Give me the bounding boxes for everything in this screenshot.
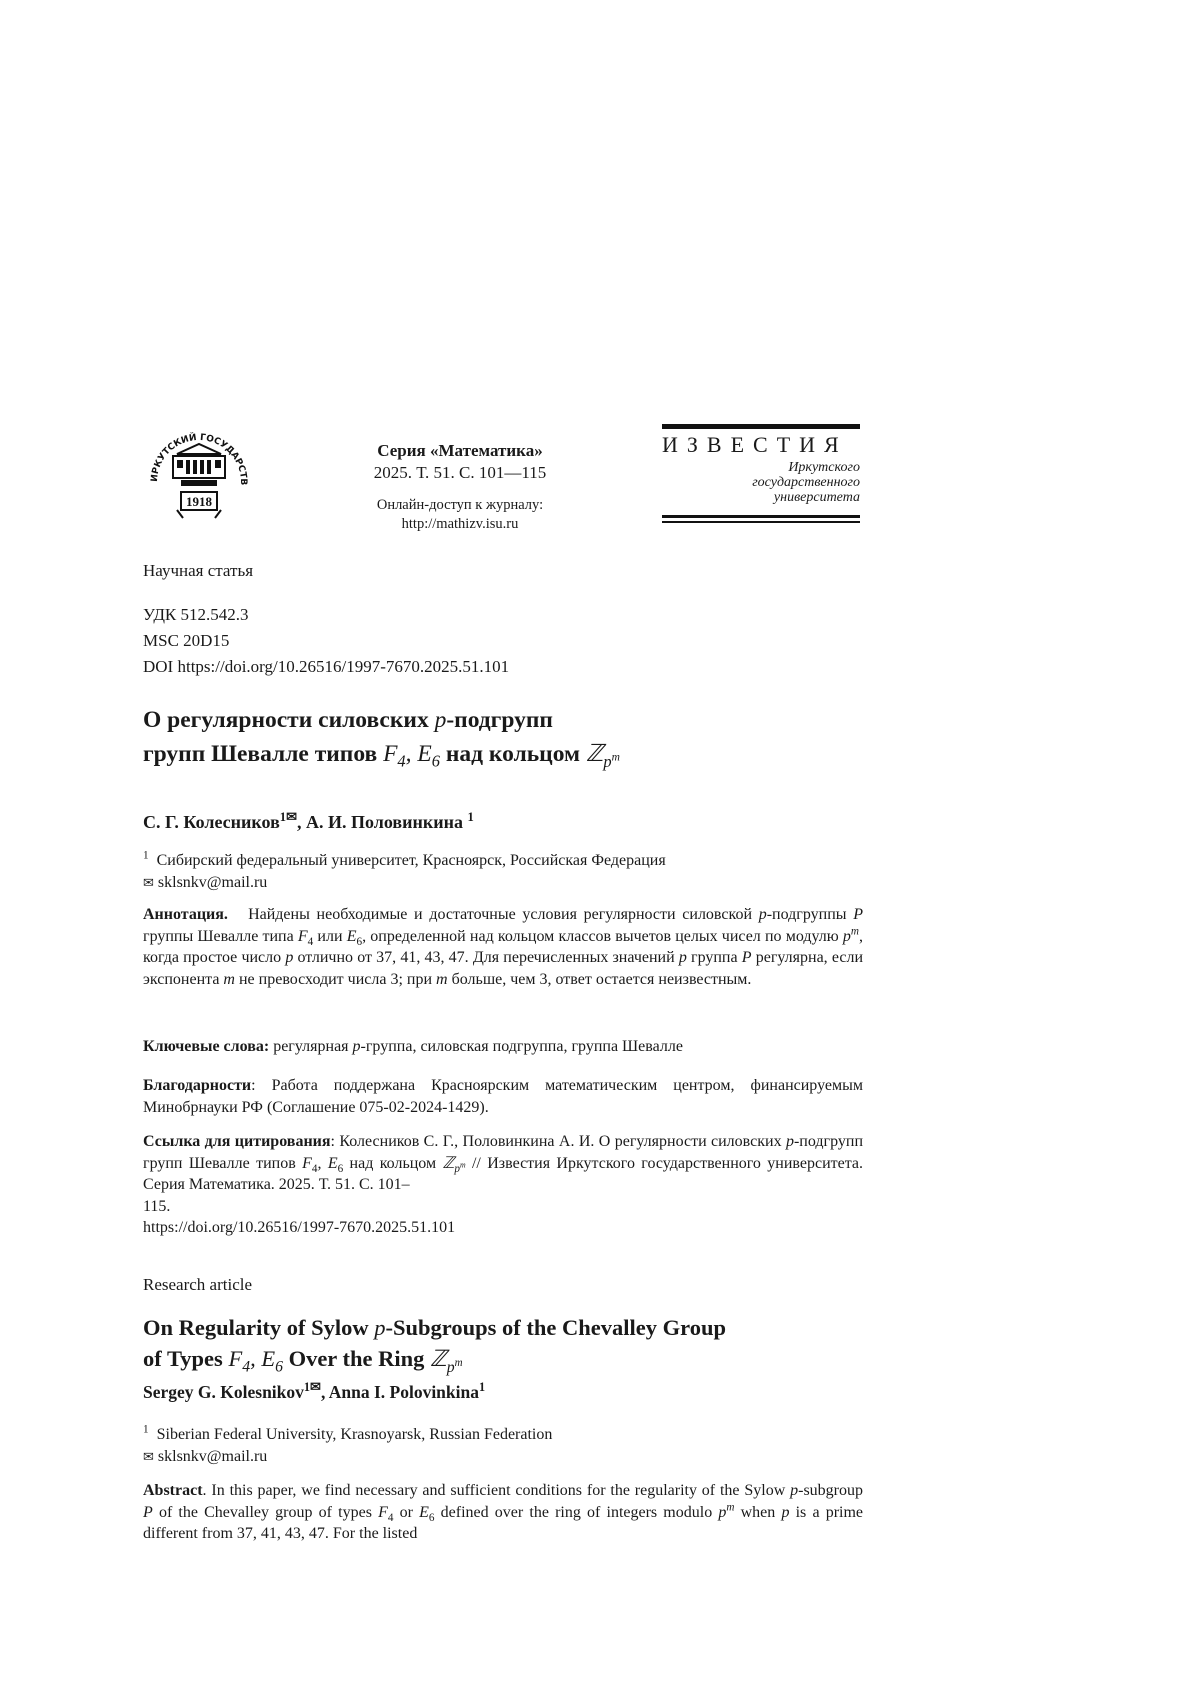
affiliation-num: 1	[143, 1424, 149, 1436]
journal-subtitle: Иркутского государственного университета	[662, 460, 860, 505]
author-name: С. Г. Колесников	[143, 812, 280, 832]
abstract-ru: Аннотация. Найдены необходимые и достато…	[143, 904, 863, 990]
document-page: ИРКУТСКИЙ ГОСУДАРСТВЕННЫЙ УНИВЕРСИТЕТ 19…	[0, 0, 1200, 1698]
abstract-text: In this paper, we find necessary and suf…	[143, 1482, 863, 1542]
journal-subtitle-line: университета	[662, 490, 860, 505]
series-info: Серия «Математика» 2025. Т. 51. С. 101—1…	[330, 440, 590, 534]
envelope-icon: ✉	[143, 875, 154, 890]
masthead-rule	[662, 515, 860, 518]
journal-title: ИЗВЕСТИЯ	[662, 432, 860, 458]
author-name: Anna I. Polovinkina	[329, 1382, 479, 1402]
keywords-ru: Ключевые слова: регулярная p-группа, сил…	[143, 1036, 863, 1058]
abstract-label: Аннотация.	[143, 906, 228, 923]
affiliation-text: Сибирский федеральный университет, Красн…	[157, 852, 666, 869]
affiliation-ru: 1 Сибирский федеральный университет, Кра…	[143, 850, 863, 893]
keywords-label: Ключевые слова:	[143, 1038, 269, 1055]
ack-text: Работа поддержана Красноярским математич…	[143, 1077, 863, 1116]
citation-ru: Ссылка для цитирования: Колесников С. Г.…	[143, 1131, 863, 1239]
online-access-label: Онлайн-доступ к журналу:	[330, 496, 590, 515]
envelope-icon: ✉	[143, 1449, 154, 1464]
title-text: -подгрупп	[446, 707, 553, 733]
title-ru: О регулярности силовских p-подгрупп груп…	[143, 703, 863, 771]
abstract-en: Abstract. In this paper, we find necessa…	[143, 1480, 863, 1545]
acknowledgements-ru: Благодарности: Работа поддержана Красноя…	[143, 1075, 863, 1118]
author-sup: 1	[479, 1380, 485, 1394]
article-type-ru: Научная статья	[143, 558, 863, 584]
abstract-label: Abstract	[143, 1482, 203, 1499]
email-link[interactable]: sklsnkv@mail.ru	[158, 874, 267, 891]
envelope-icon: ✉	[286, 809, 297, 824]
msc: MSC 20D15	[143, 628, 863, 654]
abstract-text: Найдены необходимые и достаточные услови…	[143, 906, 863, 988]
title-text: над кольцом	[440, 741, 586, 767]
affiliation-en: 1 Siberian Federal University, Krasnoyar…	[143, 1424, 863, 1467]
author-sup: 1	[468, 810, 474, 824]
article-type-en: Research article	[143, 1272, 863, 1298]
udk: УДК 512.542.3	[143, 602, 863, 628]
keywords-text: регулярная p-группа, силовская подгруппа…	[273, 1038, 683, 1055]
ack-label: Благодарности	[143, 1077, 251, 1094]
envelope-icon: ✉	[310, 1379, 321, 1394]
cite-label: Ссылка для цитирования	[143, 1133, 331, 1150]
title-text: групп Шевалле типов	[143, 741, 383, 767]
email-link[interactable]: sklsnkv@mail.ru	[158, 1448, 267, 1465]
author-name: А. И. Половинкина	[306, 812, 463, 832]
series-issue: 2025. Т. 51. С. 101—115	[330, 462, 590, 484]
online-access-link[interactable]: http://mathizv.isu.ru	[330, 515, 590, 534]
title-text: О регулярности силовских	[143, 707, 435, 733]
affiliation-num: 1	[143, 850, 149, 862]
math-p: p	[435, 707, 447, 733]
journal-masthead: ИЗВЕСТИЯ Иркутского государственного уни…	[662, 424, 860, 523]
affiliation-text: Siberian Federal University, Krasnoyarsk…	[157, 1426, 553, 1443]
journal-subtitle-line: Иркутского	[662, 460, 860, 475]
author-name: Sergey G. Kolesnikov	[143, 1382, 304, 1402]
doi[interactable]: DOI https://doi.org/10.26516/1997-7670.2…	[143, 654, 863, 680]
journal-subtitle-line: государственного	[662, 475, 860, 490]
title-en: On Regularity of Sylow p-Subgroups of th…	[143, 1312, 863, 1374]
masthead-rule	[662, 424, 860, 429]
masthead-rule	[662, 521, 860, 523]
cite-doi-link[interactable]: https://doi.org/10.26516/1997-7670.2025.…	[143, 1217, 863, 1239]
university-seal-icon: ИРКУТСКИЙ ГОСУДАРСТВЕННЫЙ УНИВЕРСИТЕТ 19…	[143, 420, 255, 534]
series-name: Серия «Математика»	[330, 440, 590, 462]
authors-ru: С. Г. Колесников1✉, А. И. Половинкина 1	[143, 812, 863, 833]
svg-text:1918: 1918	[186, 494, 213, 509]
authors-en: Sergey G. Kolesnikov1✉, Anna I. Polovink…	[143, 1382, 863, 1403]
